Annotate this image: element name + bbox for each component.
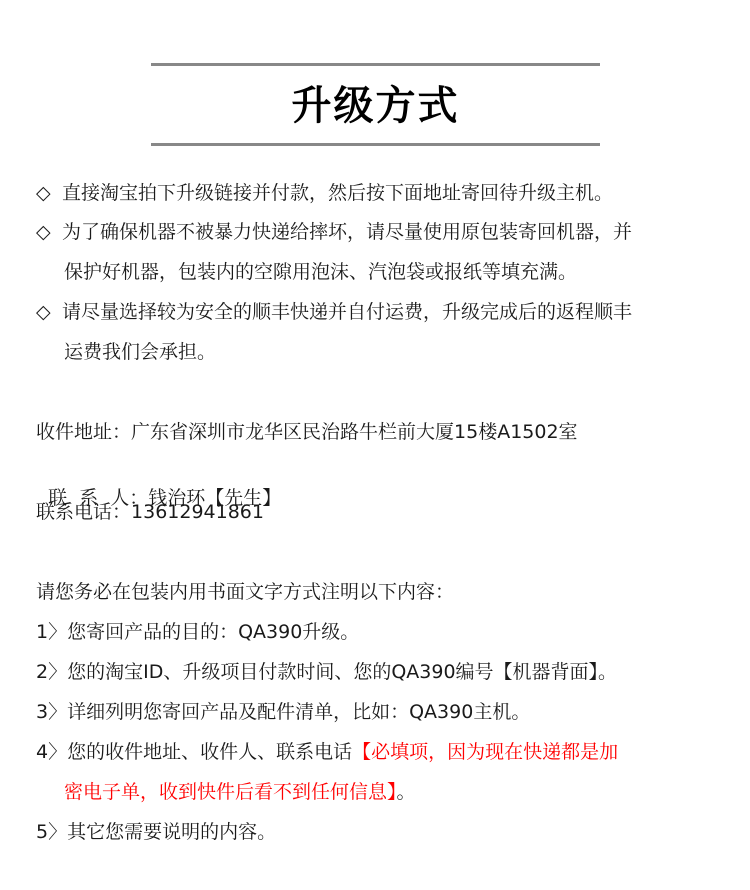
instruction-item-3: ◇请尽量选择较为安全的顺丰快递并自付运费，升级完成后的返程顺丰 (36, 299, 632, 325)
note-number: 4〉 (36, 741, 67, 763)
note-text: 您的收件地址、收件人、联系电话 (67, 741, 352, 763)
note-item-5: 5〉其它您需要说明的内容。 (36, 819, 276, 845)
contact-phone: 联系电话：13612941861 (36, 499, 264, 525)
notes-intro: 请您务必在包装内用书面文字方式注明以下内容： (36, 579, 454, 605)
note-item-1: 1〉您寄回产品的目的：QA390升级。 (36, 619, 359, 645)
required-warning-continued: 密电子单，收到快件后看不到任何信息】 (64, 781, 397, 803)
note-text: 您的淘宝ID、升级项目付款时间、您的QA390编号【机器背面】。 (67, 661, 617, 683)
page-title: 升级方式 (151, 78, 600, 134)
note-item-3: 3〉详细列明您寄回产品及配件清单，比如：QA390主机。 (36, 699, 530, 725)
title-top-rule (151, 63, 600, 66)
note-item-2: 2〉您的淘宝ID、升级项目付款时间、您的QA390编号【机器背面】。 (36, 659, 617, 685)
phone-value: 13612941861 (131, 501, 264, 523)
instruction-text: 直接淘宝拍下升级链接并付款，然后按下面地址寄回待升级主机。 (62, 182, 613, 204)
note-item-4: 4〉您的收件地址、收件人、联系电话【必填项，因为现在快递都是加 (36, 739, 618, 765)
required-warning: 【必填项，因为现在快递都是加 (352, 741, 618, 763)
note-number: 5〉 (36, 821, 67, 843)
note-text: 详细列明您寄回产品及配件清单，比如：QA390主机。 (67, 701, 530, 723)
note-number: 2〉 (36, 661, 67, 683)
instruction-item-3-continued: 运费我们会承担。 (64, 339, 216, 365)
note-text: 其它您需要说明的内容。 (67, 821, 276, 843)
note-item-4-continued: 密电子单，收到快件后看不到任何信息】。 (64, 779, 416, 805)
note-text: 您寄回产品的目的：QA390升级。 (67, 621, 359, 643)
recipient-address-label: 收件地址： (36, 419, 131, 445)
recipient-address-value: 广东省深圳市龙华区民治路牛栏前大厦15楼A1502室 (131, 421, 578, 443)
recipient-address: 收件地址：广东省深圳市龙华区民治路牛栏前大厦15楼A1502室 (36, 419, 578, 445)
instruction-item-2: ◇为了确保机器不被暴力快递给摔坏，请尽量使用原包装寄回机器，并 (36, 219, 632, 245)
phone-label: 联系电话： (36, 499, 131, 525)
note-number: 1〉 (36, 621, 67, 643)
instruction-text: 请尽量选择较为安全的顺丰快递并自付运费，升级完成后的返程顺丰 (62, 301, 632, 323)
diamond-bullet-icon: ◇ (36, 180, 62, 206)
note-tail: 。 (397, 781, 416, 803)
note-number: 3〉 (36, 701, 67, 723)
diamond-bullet-icon: ◇ (36, 219, 62, 245)
diamond-bullet-icon: ◇ (36, 299, 62, 325)
instruction-item-1: ◇直接淘宝拍下升级链接并付款，然后按下面地址寄回待升级主机。 (36, 180, 613, 206)
instruction-text: 为了确保机器不被暴力快递给摔坏，请尽量使用原包装寄回机器，并 (62, 221, 632, 243)
instruction-item-2-continued: 保护好机器，包装内的空隙用泡沫、汽泡袋或报纸等填充满。 (64, 259, 577, 285)
title-bottom-rule (151, 143, 600, 146)
